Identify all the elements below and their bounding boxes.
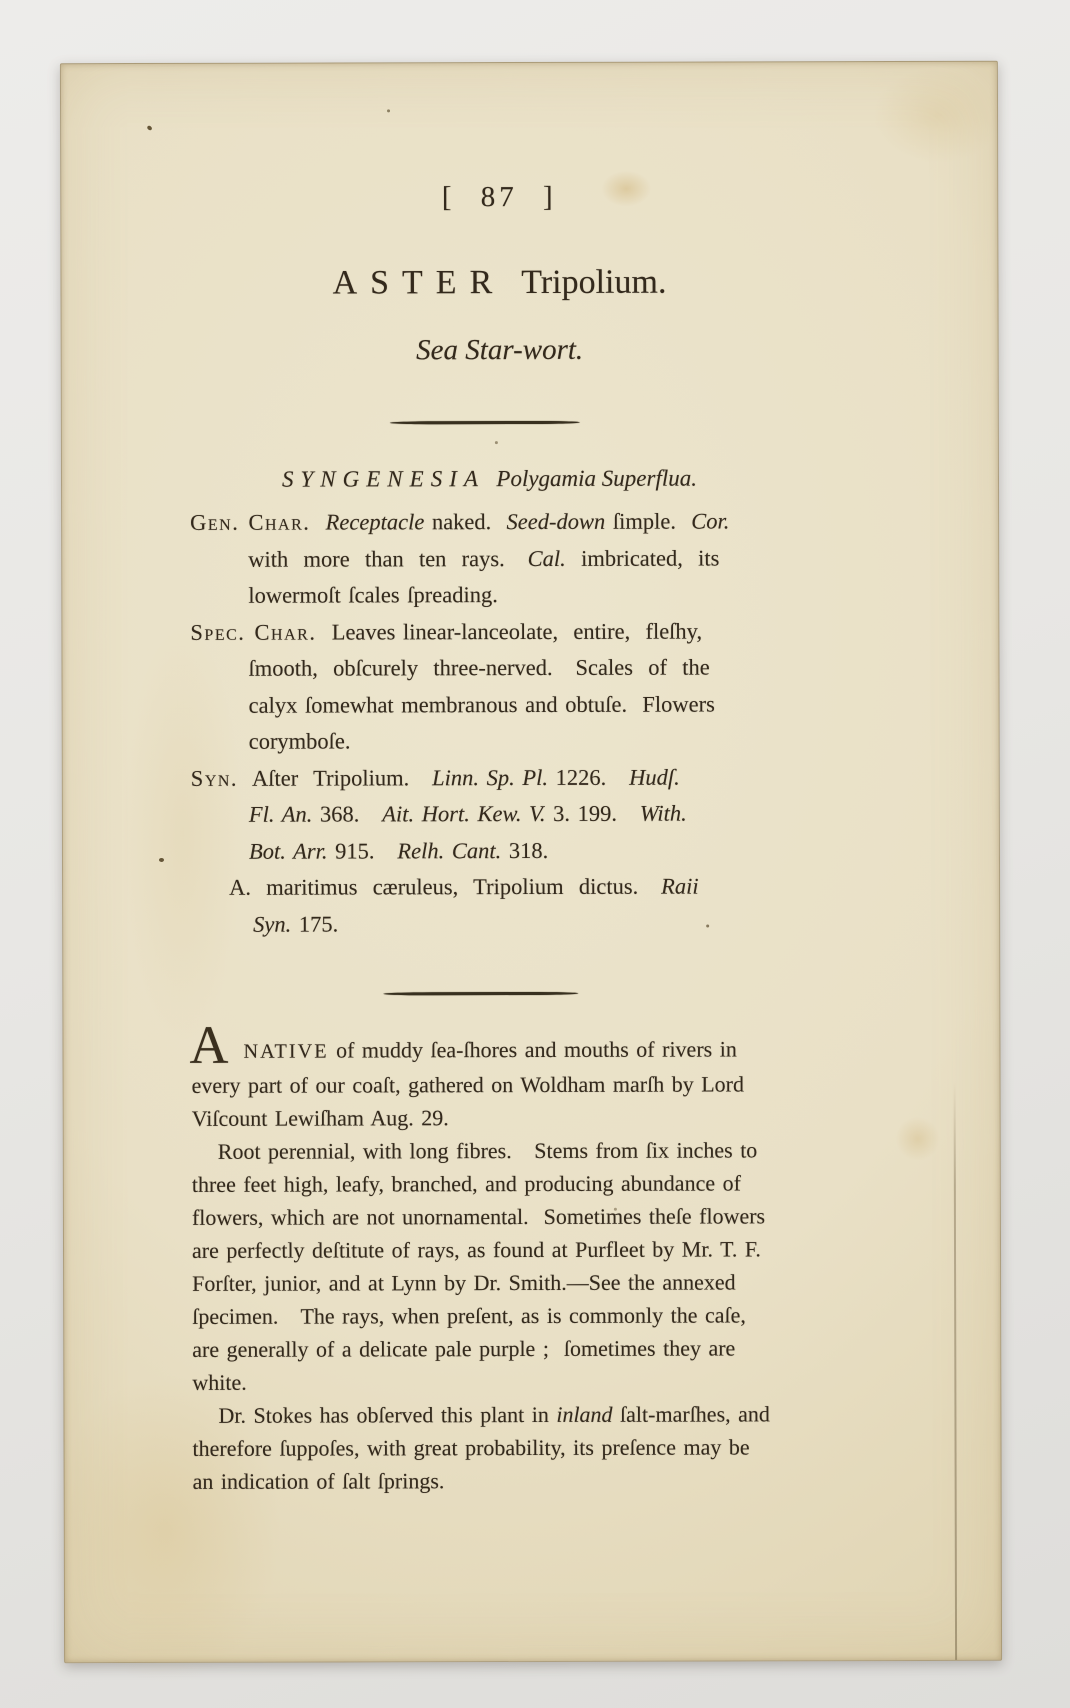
text-line: Viſcount Lewiſham Aug. 29. [192, 1100, 812, 1135]
text-line: ſpecimen. The rays, when preſent, as is … [192, 1298, 812, 1333]
paper-stain [873, 68, 1003, 163]
text-line: Syn. Aſter Tripolium. Linn. Sp. Pl. 1226… [191, 759, 811, 797]
divider-rule-bottom [383, 992, 578, 996]
page-content: [ 87 ] ASTERTripolium. Sea Star-wort. SY… [189, 62, 813, 1498]
text-line: an indication of ſalt ſprings. [193, 1463, 813, 1498]
paper-speck [146, 125, 152, 131]
text-line: three feet high, leafy, branched, and pr… [192, 1166, 812, 1201]
text-line: are generally of a delicate pale purple … [192, 1331, 812, 1366]
common-name-subtitle: Sea Star-wort. [190, 330, 810, 370]
text-line: Spec. Char. Leaves linear-lanceolate, en… [190, 613, 810, 651]
text-line: Syn. 175. [191, 905, 811, 943]
linnaean-class-heading: SYNGENESIA Polygamia Superflua. [190, 461, 810, 497]
description-paragraph-1: ANATIVE of muddy ſea-ſhores and mouths o… [191, 1032, 811, 1135]
title-species: Tripolium. [521, 264, 666, 301]
text-line: Fl. An. 368. Ait. Hort. Kew. V. 3. 199. … [191, 795, 811, 833]
text-line: therefore ſuppoſes, with great probabili… [192, 1430, 812, 1465]
paper-crease [954, 1082, 958, 1660]
specific-character-paragraph: Spec. Char. Leaves linear-lanceolate, en… [190, 613, 810, 761]
paper-speck [159, 858, 164, 862]
text-line: every part of our coaſt, gathered on Wol… [192, 1067, 812, 1102]
page-title: ASTERTripolium. [189, 260, 809, 306]
text-line: ſmooth, obſcurely three-nerved. Scales o… [190, 649, 810, 687]
text-line: Root perennial, with long fibres. Stems … [192, 1133, 812, 1168]
generic-character-paragraph: Gen. Char. Receptacle naked. Seed-down ſ… [190, 503, 810, 614]
description-paragraph-2: Root perennial, with long fibres. Stems … [192, 1133, 813, 1399]
book-page: [ 87 ] ASTERTripolium. Sea Star-wort. SY… [60, 61, 1002, 1663]
text-line: Gen. Char. Receptacle naked. Seed-down ſ… [190, 503, 810, 541]
paper-stain [896, 1117, 940, 1161]
text-line: flowers, which are not unornamental. Som… [192, 1199, 812, 1234]
text-line: with more than ten rays. Cal. imbricated… [190, 540, 810, 578]
text-line: SYNGENESIA Polygamia Superflua. [282, 461, 810, 496]
synonyms-paragraph: Syn. Aſter Tripolium. Linn. Sp. Pl. 1226… [191, 759, 811, 870]
description-paragraph-3: Dr. Stokes has obſerved this plant in in… [192, 1397, 812, 1498]
text-line: lowermoſt ſcales ſpreading. [190, 576, 810, 614]
text-line: ANATIVE of muddy ſea-ſhores and mouths o… [191, 1032, 811, 1069]
scan-background: [ 87 ] ASTERTripolium. Sea Star-wort. SY… [0, 0, 1070, 1708]
text-line: are perfectly deſtitute of rays, as foun… [192, 1232, 812, 1267]
page-number: [ 87 ] [189, 178, 809, 216]
text-line: corymboſe. [191, 722, 811, 760]
drop-cap: A [189, 1018, 228, 1072]
text-line: Forſter, junior, and at Lynn by Dr. Smit… [192, 1265, 812, 1300]
text-line: Bot. Arr. 915. Relh. Cant. 318. [191, 832, 811, 870]
synonym-raii-paragraph: A. maritimus cæruleus, Tripolium dictus.… [191, 868, 811, 943]
text-line: white. [192, 1364, 812, 1399]
text-line: Dr. Stokes has obſerved this plant in in… [192, 1397, 812, 1432]
divider-rule-top [390, 421, 580, 424]
title-genus: ASTER [332, 264, 505, 301]
text-line: calyx ſomewhat membranous and obtuſe. Fl… [191, 686, 811, 724]
text-line: A. maritimus cæruleus, Tripolium dictus.… [191, 868, 811, 906]
